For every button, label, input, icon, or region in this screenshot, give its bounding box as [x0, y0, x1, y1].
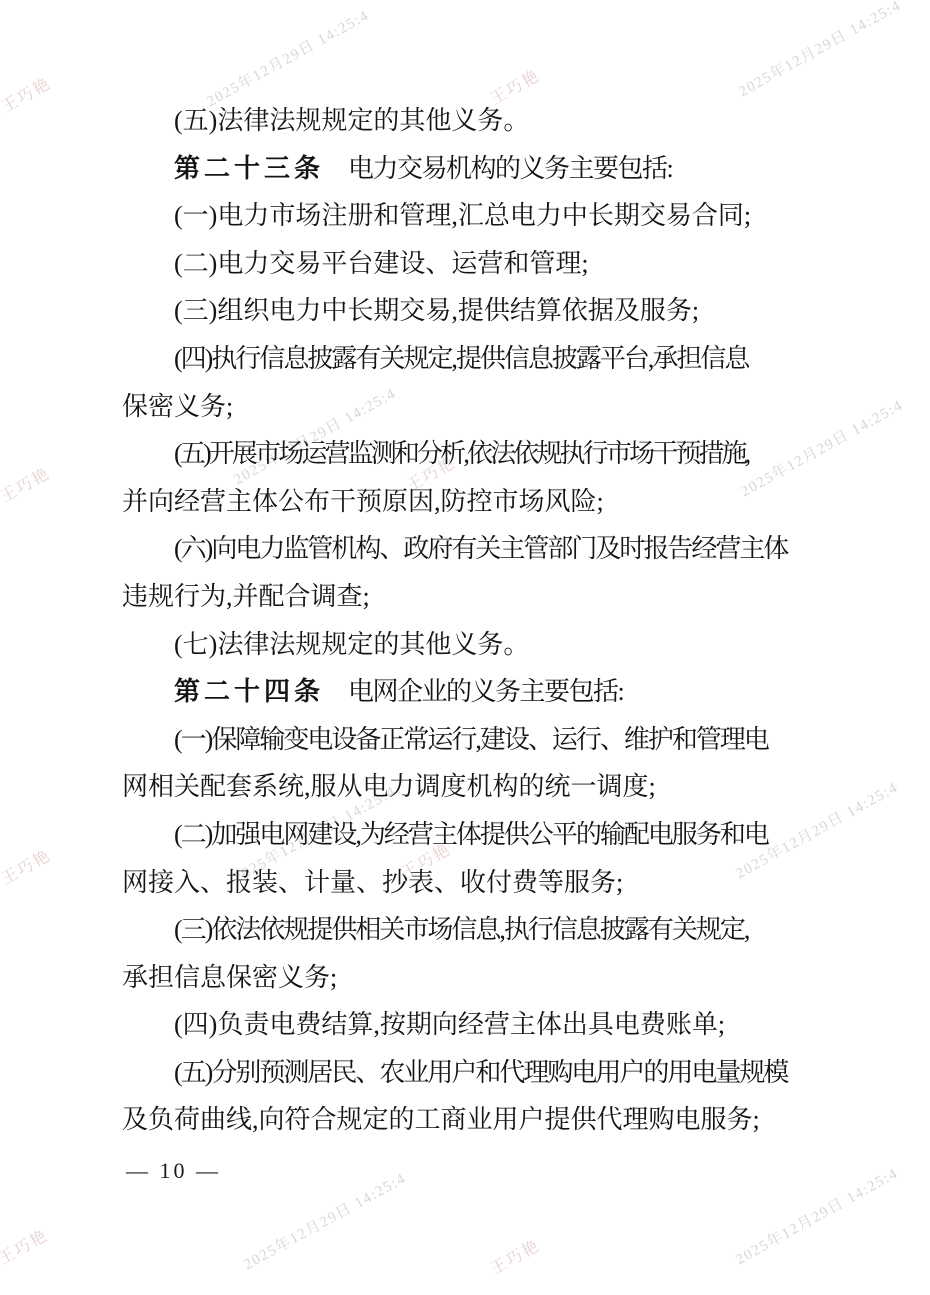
text-line: (六)向电力监管机构、政府有关主管部门及时报告经营主体: [122, 525, 822, 573]
name-watermark: 王巧艳: [487, 1236, 544, 1280]
text-line: (三)组织电力中长期交易,提供结算依据及服务;: [122, 287, 822, 335]
text-line: (五)法律法规规定的其他义务。: [122, 97, 822, 145]
text-line: 网相关配套系统,服从电力调度机构的统一调度;: [122, 763, 822, 811]
timestamp-watermark: 2025年12月29日 14:25:4: [735, 0, 905, 102]
text-line: (五)开展市场运营监测和分析,依法依规执行市场干预措施,: [122, 430, 822, 478]
text-line: 保密义务;: [122, 383, 822, 431]
article-heading-line: 第二十三条电力交易机构的义务主要包括:: [122, 145, 822, 193]
text-line: (四)负责电费结算,按期向经营主体出具电费账单;: [122, 1001, 822, 1049]
text-line: (七)法律法规规定的其他义务。: [122, 621, 822, 669]
text-line: (一)保障输变电设备正常运行,建设、运行、维护和管理电: [122, 716, 822, 764]
text-line: (二)电力交易平台建设、运营和管理;: [122, 240, 822, 288]
text-line: 并向经营主体公布干预原因,防控市场风险;: [122, 478, 822, 526]
document-body: (五)法律法规规定的其他义务。第二十三条电力交易机构的义务主要包括:(一)电力市…: [122, 97, 822, 1144]
text-line: (五)分别预测居民、农业用户和代理购电用户的用电量规模: [122, 1049, 822, 1097]
text-line: 违规行为,并配合调查;: [122, 573, 822, 621]
name-watermark: 王巧艳: [0, 1226, 52, 1270]
text-line: (四)执行信息披露有关规定,提供信息披露平台,承担信息: [122, 335, 822, 383]
timestamp-watermark: 2025年12月29日 14:25:4: [732, 1164, 902, 1270]
article-number: 第二十四条: [174, 677, 324, 706]
document-page: { "page": { "number": "10", "footer_text…: [0, 0, 930, 1295]
name-watermark: 王巧艳: [0, 74, 55, 118]
timestamp-watermark: 2025年12月29日 14:25:4: [240, 1169, 410, 1275]
name-watermark: 王巧艳: [0, 846, 55, 890]
text-line: 及负荷曲线,向符合规定的工商业用户提供代理购电服务;: [122, 1096, 822, 1144]
name-watermark: 王巧艳: [0, 464, 54, 508]
article-number: 第二十三条: [174, 154, 324, 183]
page-number: — 10 —: [126, 1158, 221, 1184]
article-heading-line: 第二十四条电网企业的义务主要包括:: [122, 668, 822, 716]
article-heading-text: 电力交易机构的义务主要包括:: [348, 154, 672, 183]
article-heading-text: 电网企业的义务主要包括:: [348, 677, 623, 706]
text-line: (二)加强电网建设,为经营主体提供公平的输配电服务和电: [122, 811, 822, 859]
text-line: 承担信息保密义务;: [122, 954, 822, 1002]
text-line: (三)依法依规提供相关市场信息,执行信息披露有关规定,: [122, 906, 822, 954]
text-line: (一)电力市场注册和管理,汇总电力中长期交易合同;: [122, 192, 822, 240]
text-line: 网接入、报装、计量、抄表、收付费等服务;: [122, 859, 822, 907]
